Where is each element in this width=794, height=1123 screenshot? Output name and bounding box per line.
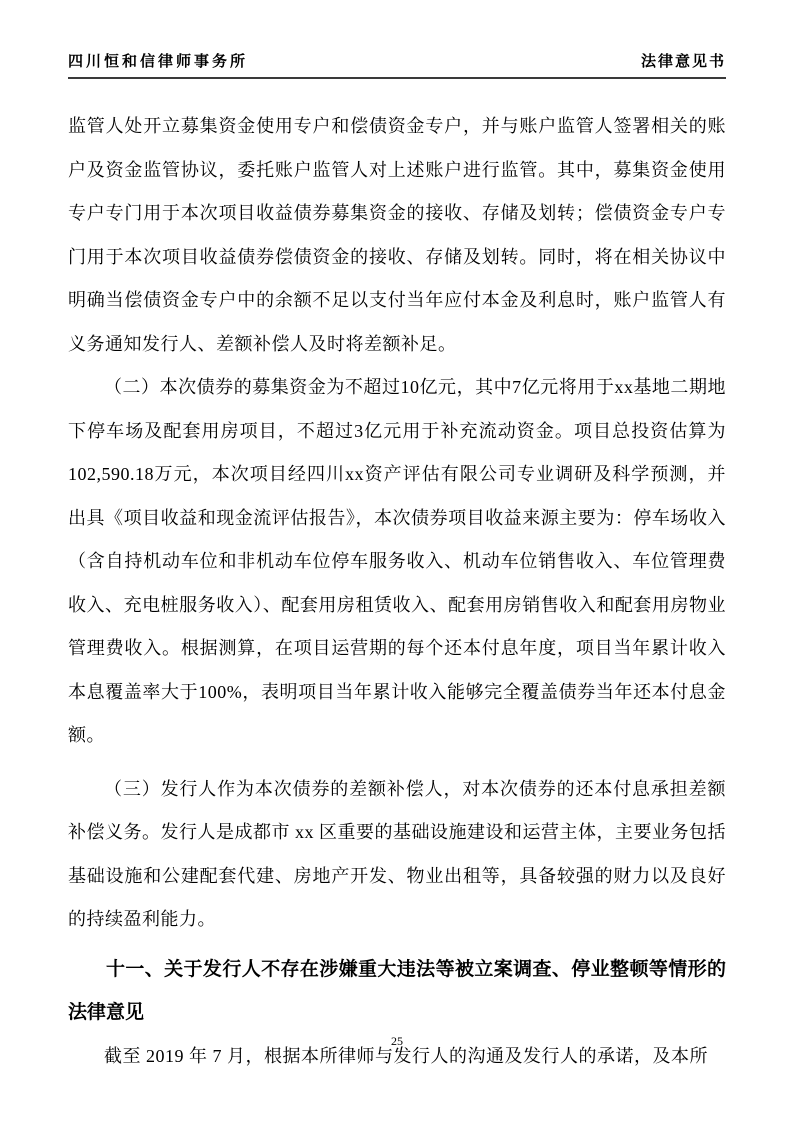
page-number: 25 xyxy=(391,1034,403,1048)
header-doc-type: 法律意见书 xyxy=(641,50,726,71)
section-heading-eleven: 十一、关于发行人不存在涉嫌重大违法等被立案调查、停业整顿等情形的法律意见 xyxy=(68,948,726,1035)
page-header: 四川恒和信律师事务所 法律意见书 xyxy=(68,50,726,79)
document-page: 四川恒和信律师事务所 法律意见书 监管人处开立募集资金使用专户和偿债资金专户，并… xyxy=(0,0,794,1123)
document-body: 监管人处开立募集资金使用专户和偿债资金专户，并与账户监管人签署相关的账户及资金监… xyxy=(68,105,726,1078)
header-firm-name: 四川恒和信律师事务所 xyxy=(68,50,248,71)
paragraph-account-supervision: 监管人处开立募集资金使用专户和偿债资金专户，并与账户监管人签署相关的账户及资金监… xyxy=(68,105,726,366)
page-footer: 25 xyxy=(0,1034,794,1049)
paragraph-fund-raising: （二）本次债券的募集资金为不超过10亿元，其中7亿元将用于xx基地二期地下停车场… xyxy=(68,366,726,758)
paragraph-issuer-compensation: （三）发行人作为本次债券的差额补偿人，对本次债券的还本付息承担差额补偿义务。发行… xyxy=(68,768,726,942)
